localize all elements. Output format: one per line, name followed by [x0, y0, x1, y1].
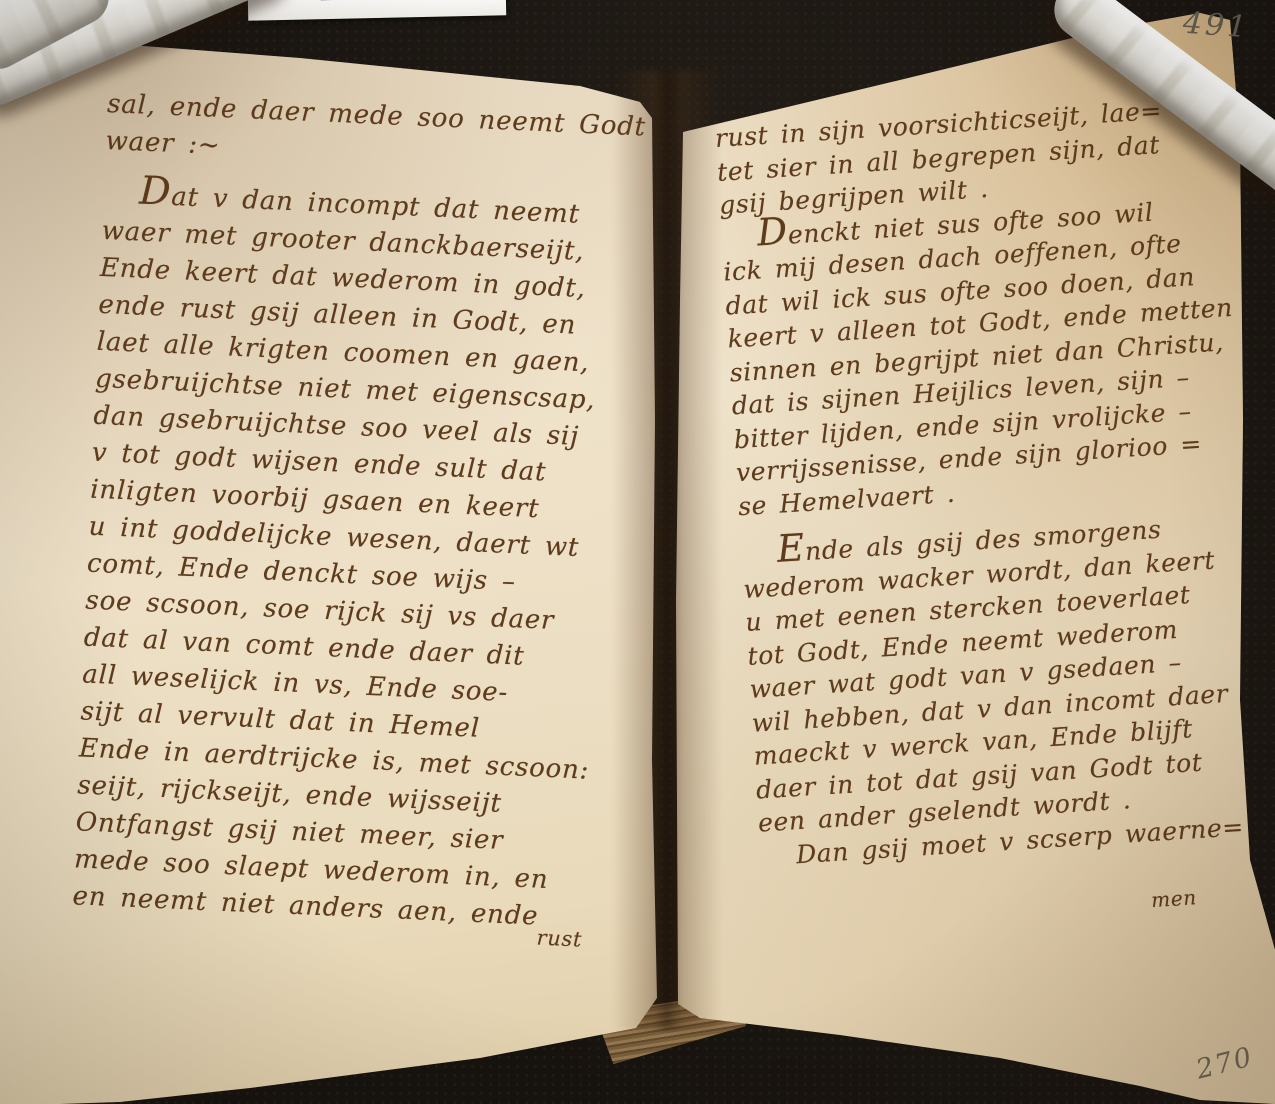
- page-number-pencil: 491: [1182, 6, 1251, 46]
- right-page-catchword-wrap: men: [714, 90, 1270, 942]
- shelf-label: 230: [248, 0, 506, 21]
- manuscript-photo: sal, ende daer mede soo neemt Godtwaer :…: [0, 0, 1275, 1104]
- shelf-label-digits: 230: [319, 0, 381, 7]
- left-page-catchword-wrap: rust: [71, 86, 653, 960]
